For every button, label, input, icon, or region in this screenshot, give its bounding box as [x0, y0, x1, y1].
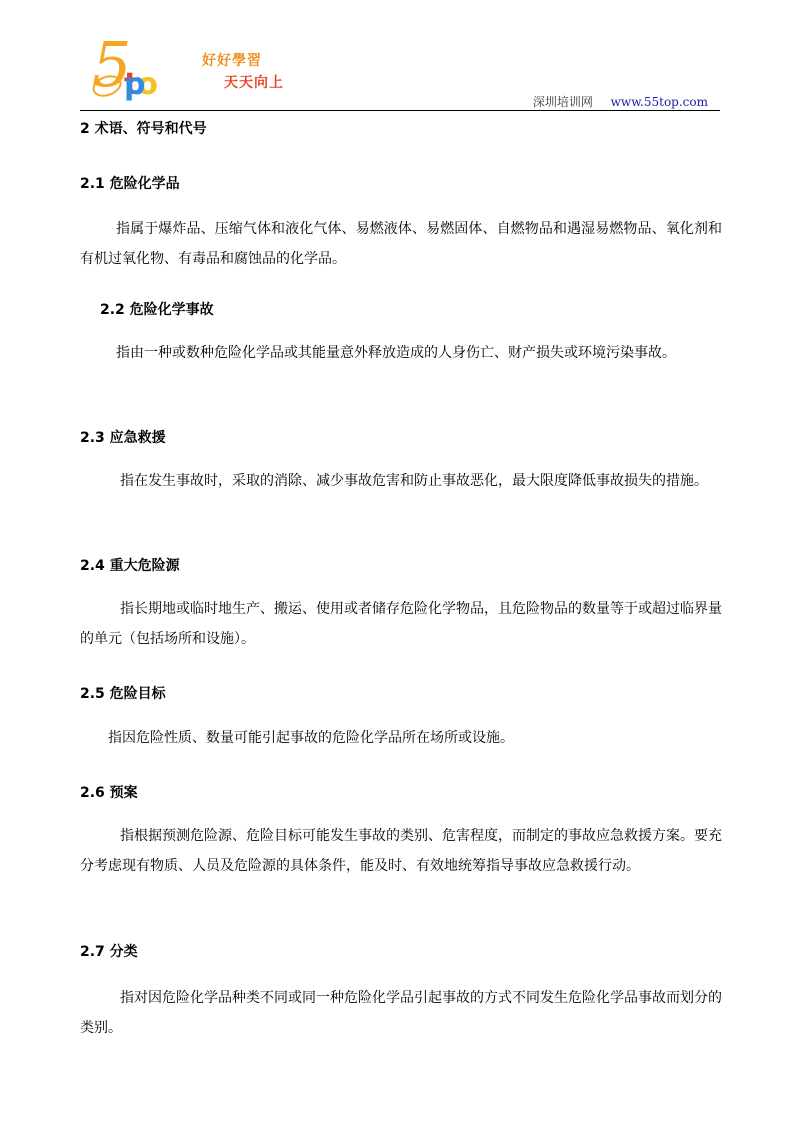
term-body: 指在发生事故时，采取的消除、减少事故危害和防止事故恶化，最大限度降低事故损失的措… — [80, 466, 722, 496]
term-body: 指长期地或临时地生产、搬运、使用或者储存危险化学物品，且危险物品的数量等于或超过… — [80, 594, 722, 654]
term-heading: 2.5 危险目标 — [80, 683, 166, 703]
section-title: 2 术语、符号和代号 — [80, 118, 207, 138]
term-heading: 2.3 应急救援 — [80, 427, 166, 447]
term-body: 指由一种或数种危险化学品或其能量意外释放造成的人身伤亡、财产损失或环境污染事故。 — [80, 338, 722, 368]
term-heading: 2.6 预案 — [80, 782, 138, 802]
site-info: 深圳培训网 www.55top.com — [533, 93, 708, 110]
term-heading: 2.2 危险化学事故 — [100, 299, 214, 319]
site-url-link[interactable]: www.55top.com — [611, 95, 708, 109]
logo-slogan-line1: 好好學習 — [202, 50, 262, 70]
site-name: 深圳培训网 — [533, 95, 593, 109]
term-body: 指对因危险化学品种类不同或同一种危险化学品引起事故的方式不同发生危险化学品事故而… — [80, 983, 722, 1043]
term-heading: 2.1 危险化学品 — [80, 173, 180, 193]
logo-slogan-line2: 天天向上 — [224, 72, 284, 92]
term-body: 指属于爆炸品、压缩气体和液化气体、易燃液体、易燃固体、自燃物品和遇湿易燃物品、氧… — [80, 214, 722, 274]
55top-logo: 5 top 好好學習 天天向上 — [92, 40, 292, 106]
logo-wordmark: top — [124, 70, 157, 100]
term-body: 指因危险性质、数量可能引起事故的危险化学品所在场所或设施。 — [80, 723, 722, 753]
term-heading: 2.4 重大危险源 — [80, 555, 180, 575]
term-body: 指根据预测危险源、危险目标可能发生事故的类别、危害程度，而制定的事故应急救援方案… — [80, 821, 722, 881]
header-divider — [80, 110, 720, 111]
term-heading: 2.7 分类 — [80, 941, 138, 961]
page-header: 5 top 好好學習 天天向上 深圳培训网 www.55top.com — [80, 40, 720, 112]
